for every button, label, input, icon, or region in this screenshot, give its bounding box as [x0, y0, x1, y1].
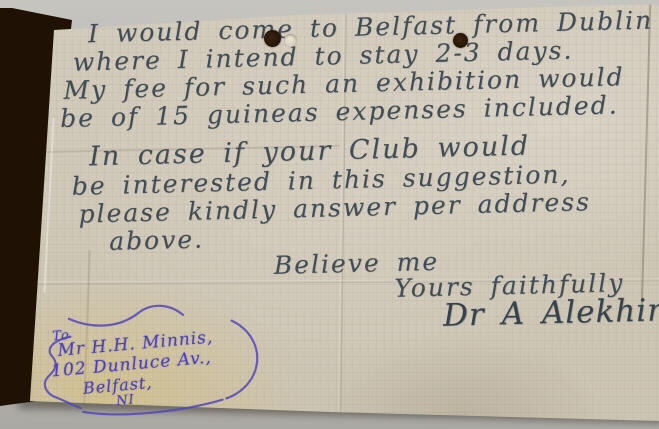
note-line: NI [116, 393, 136, 408]
address-note: To Mr H.H. Minnis, 102 Dunluce Av., Belf… [34, 292, 293, 429]
letter-photograph: I would come to Belfast from Dublin wher… [0, 0, 659, 429]
signature: Dr A Alekhine [443, 295, 659, 332]
punch-hole [453, 33, 468, 48]
letter-line: above. [109, 227, 204, 254]
punch-hole [264, 30, 281, 47]
torn-hole-mark [284, 34, 297, 47]
